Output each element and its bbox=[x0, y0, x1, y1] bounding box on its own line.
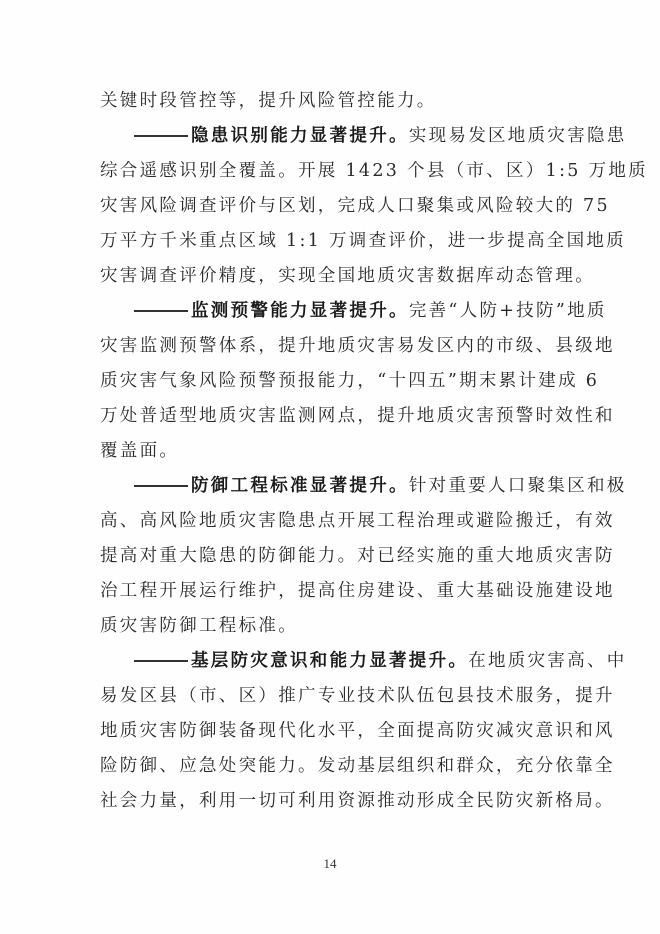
text-line: 社会力量，利用一切可利用资源推动形成全民防灾新格局。 bbox=[100, 784, 562, 819]
page-number: 14 bbox=[0, 856, 660, 872]
section-heading-line: 基层防灾意识和能力显著提升。在地质灾害高、中 bbox=[100, 644, 562, 679]
section-heading: 基层防灾意识和能力显著提升。 bbox=[191, 651, 468, 671]
text-segment: 针对重要人口聚集区和极 bbox=[409, 476, 627, 496]
text-line: 万处普适型地质灾害监测网点，提升地质灾害预警时效性和 bbox=[100, 399, 562, 434]
text-line: 灾害风险调查评价与区划，完成人口聚集或风险较大的 75 bbox=[100, 189, 562, 224]
text-line: 灾害监测预警体系，提升地质灾害易发区内的市级、县级地 bbox=[100, 329, 562, 364]
section-heading-line: 防御工程标准显著提升。针对重要人口聚集区和极 bbox=[100, 469, 562, 504]
text-line: 治工程开展运行维护，提高住房建设、重大基础设施建设地 bbox=[100, 574, 562, 609]
em-dash-rule bbox=[134, 660, 188, 662]
section-heading: 监测预警能力显著提升。 bbox=[191, 301, 409, 321]
text-line: 质灾害防御工程标准。 bbox=[100, 609, 562, 644]
text-segment: 实现易发区地质灾害隐患 bbox=[409, 126, 627, 146]
text-line: 险防御、应急处突能力。发动基层组织和群众，充分依靠全 bbox=[100, 749, 562, 784]
text-line: 综合遥感识别全覆盖。开展 1423 个县（市、区）1:5 万地质 bbox=[100, 154, 562, 189]
em-dash-rule bbox=[134, 485, 188, 487]
text-line: 地质灾害防御装备现代化水平，全面提高防灾减灾意识和风 bbox=[100, 714, 562, 749]
section-heading: 防御工程标准显著提升。 bbox=[191, 476, 409, 496]
section-heading-line: 监测预警能力显著提升。完善“人防+技防”地质 bbox=[100, 294, 562, 329]
text-segment: 在地质灾害高、中 bbox=[468, 651, 626, 671]
em-dash-rule bbox=[134, 310, 188, 312]
text-line: 高、高风险地质灾害隐患点开展工程治理或避险搬迁，有效 bbox=[100, 504, 562, 539]
text-segment: 完善“人防+技防”地质 bbox=[409, 301, 607, 321]
text-line: 覆盖面。 bbox=[100, 434, 562, 469]
text-line: 易发区县（市、区）推广专业技术队伍包县技术服务，提升 bbox=[100, 679, 562, 714]
text-line: 万平方千米重点区域 1:1 万调查评价，进一步提高全国地质 bbox=[100, 224, 562, 259]
body-text: 关键时段管控等，提升风险管控能力。 隐患识别能力显著提升。实现易发区地质灾害隐患… bbox=[100, 84, 562, 819]
section-heading-line: 隐患识别能力显著提升。实现易发区地质灾害隐患 bbox=[100, 119, 562, 154]
text-line: 灾害调查评价精度，实现全国地质灾害数据库动态管理。 bbox=[100, 259, 562, 294]
section-heading: 隐患识别能力显著提升。 bbox=[191, 126, 409, 146]
em-dash-rule bbox=[134, 135, 188, 137]
text-line: 质灾害气象风险预警预报能力，“十四五”期末累计建成 6 bbox=[100, 364, 562, 399]
text-line: 关键时段管控等，提升风险管控能力。 bbox=[100, 84, 562, 119]
document-page: 关键时段管控等，提升风险管控能力。 隐患识别能力显著提升。实现易发区地质灾害隐患… bbox=[0, 0, 660, 934]
text-line: 提高对重大隐患的防御能力。对已经实施的重大地质灾害防 bbox=[100, 539, 562, 574]
